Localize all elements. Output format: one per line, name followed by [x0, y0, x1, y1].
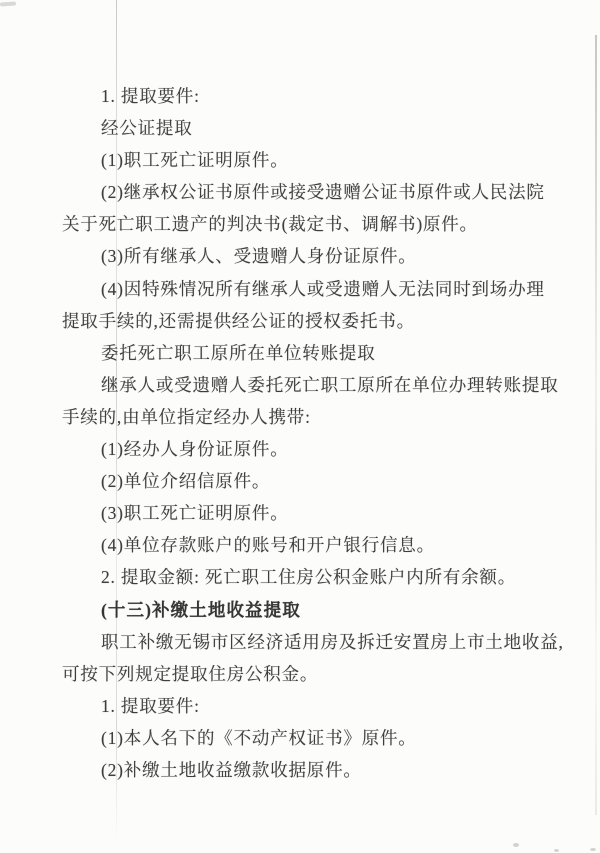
- text-line: 1. 提取要件:: [62, 80, 554, 112]
- scan-smudge: [590, 848, 596, 851]
- text-line: (2)继承权公证书原件或接受遗赠公证书原件或人民法院: [62, 176, 554, 208]
- scan-smudge: [513, 843, 519, 847]
- text-line: (4)因特殊情况所有继承人或受遗赠人无法同时到场办理: [62, 273, 554, 305]
- scan-corner-artifact: [0, 1, 16, 6]
- text-line: 2. 提取金额: 死亡职工住房公积金账户内所有余额。: [62, 561, 554, 593]
- document-page: 1. 提取要件: 经公证提取 (1)职工死亡证明原件。 (2)继承权公证书原件或…: [0, 0, 600, 853]
- text-line: (2)补缴土地收益缴款收据原件。: [62, 754, 554, 786]
- text-line: (4)单位存款账户的账号和开户银行信息。: [62, 529, 554, 561]
- text-line: 关于死亡职工遗产的判决书(裁定书、调解书)原件。: [62, 208, 554, 240]
- text-line: (2)单位介绍信原件。: [62, 465, 554, 497]
- section-heading: (十三)补缴土地收益提取: [62, 594, 554, 626]
- text-line: (1)职工死亡证明原件。: [62, 144, 554, 176]
- text-line: (3)职工死亡证明原件。: [62, 497, 554, 529]
- text-line: 继承人或受遗赠人委托死亡职工原所在单位办理转账提取: [62, 369, 554, 401]
- text-line: 1. 提取要件:: [62, 690, 554, 722]
- text-line: 提取手续的,还需提供经公证的授权委托书。: [62, 305, 554, 337]
- text-line: 委托死亡职工原所在单位转账提取: [62, 337, 554, 369]
- text-line: (1)经办人身份证原件。: [62, 433, 554, 465]
- text-line: 可按下列规定提取住房公积金。: [62, 658, 554, 690]
- text-line: 经公证提取: [62, 112, 554, 144]
- text-line: (1)本人名下的《不动产权证书》原件。: [62, 722, 554, 754]
- document-text-block: 1. 提取要件: 经公证提取 (1)职工死亡证明原件。 (2)继承权公证书原件或…: [62, 80, 554, 786]
- text-line: 手续的,由单位指定经办人携带:: [62, 401, 554, 433]
- scan-edge-shadow: [595, 35, 597, 815]
- text-line: 职工补缴无锡市区经济适用房及拆迁安置房上市土地收益,: [62, 626, 554, 658]
- scan-smudge: [554, 849, 559, 852]
- text-line: (3)所有继承人、受遗赠人身份证原件。: [62, 240, 554, 272]
